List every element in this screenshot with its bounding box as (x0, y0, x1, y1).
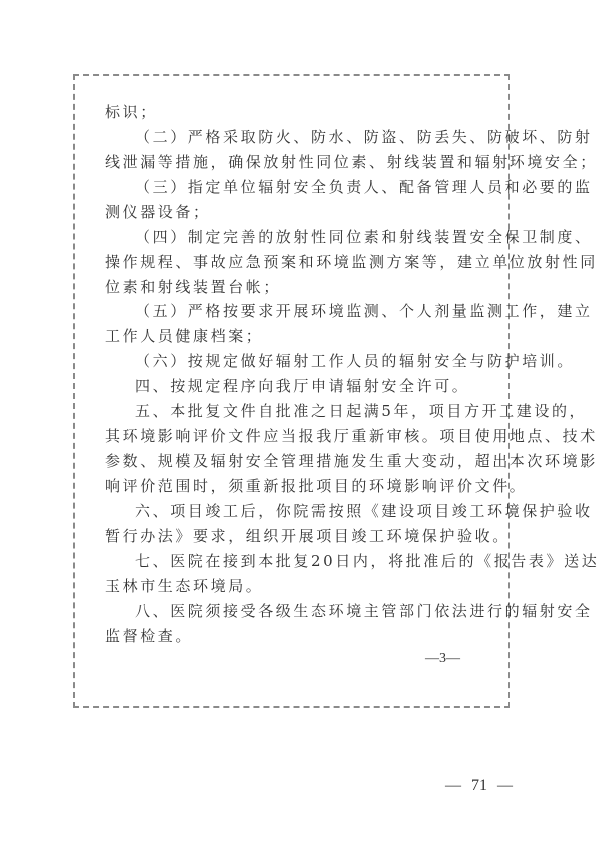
text-line: 响评价范围时，须重新报批项目的环境影响评价文件。 (105, 477, 527, 495)
inner-page-number: —3— (425, 651, 460, 667)
text-line: （四）制定完善的放射性同位素和射线装置安全保卫制度、 (135, 228, 593, 246)
text-line: 标识； (105, 103, 158, 121)
text-line: （二）严格采取防火、防水、防盗、防丢失、防破坏、防射 (135, 128, 593, 146)
text-line: 操作规程、事故应急预案和环境监测方案等，建立单位放射性同 (105, 253, 598, 271)
text-line: 监督检查。 (105, 627, 193, 645)
text-line: 四、按规定程序向我厅申请辐射安全许可。 (135, 377, 469, 395)
text-line: 暂行办法》要求，组织开展项目竣工环境保护验收。 (105, 527, 510, 545)
text-line: 位素和射线装置台帐； (105, 278, 281, 296)
text-line: 八、医院须接受各级生态环境主管部门依法进行的辐射安全 (135, 602, 593, 620)
text-line: 线泄漏等措施，确保放射性同位素、射线装置和辐射环境安全； (105, 153, 598, 171)
text-line: （五）严格按要求开展环境监测、个人剂量监测工作，建立 (135, 302, 593, 320)
outer-page-number: — 71 — (445, 777, 513, 795)
text-line: （三）指定单位辐射安全负责人、配备管理人员和必要的监 (135, 178, 593, 196)
text-line: 工作人员健康档案； (105, 327, 263, 345)
text-line: 五、本批复文件自批准之日起满5年，项目方开工建设的， (135, 402, 587, 420)
text-line: 六、项目竣工后，你院需按照《建设项目竣工环境保护验收 (135, 502, 593, 520)
text-line: 测仪器设备； (105, 203, 211, 221)
text-line: 玉林市生态环境局。 (105, 577, 263, 595)
text-line: 七、医院在接到本批复20日内，将批准后的《报告表》送达 (135, 552, 599, 570)
text-line: 其环境影响评价文件应当报我厅重新审核。项目使用地点、技术 (105, 427, 598, 445)
text-line: 参数、规模及辐射安全管理措施发生重大变动，超出本次环境影 (105, 452, 598, 470)
text-line: （六）按规定做好辐射工作人员的辐射安全与防护培训。 (135, 352, 575, 370)
